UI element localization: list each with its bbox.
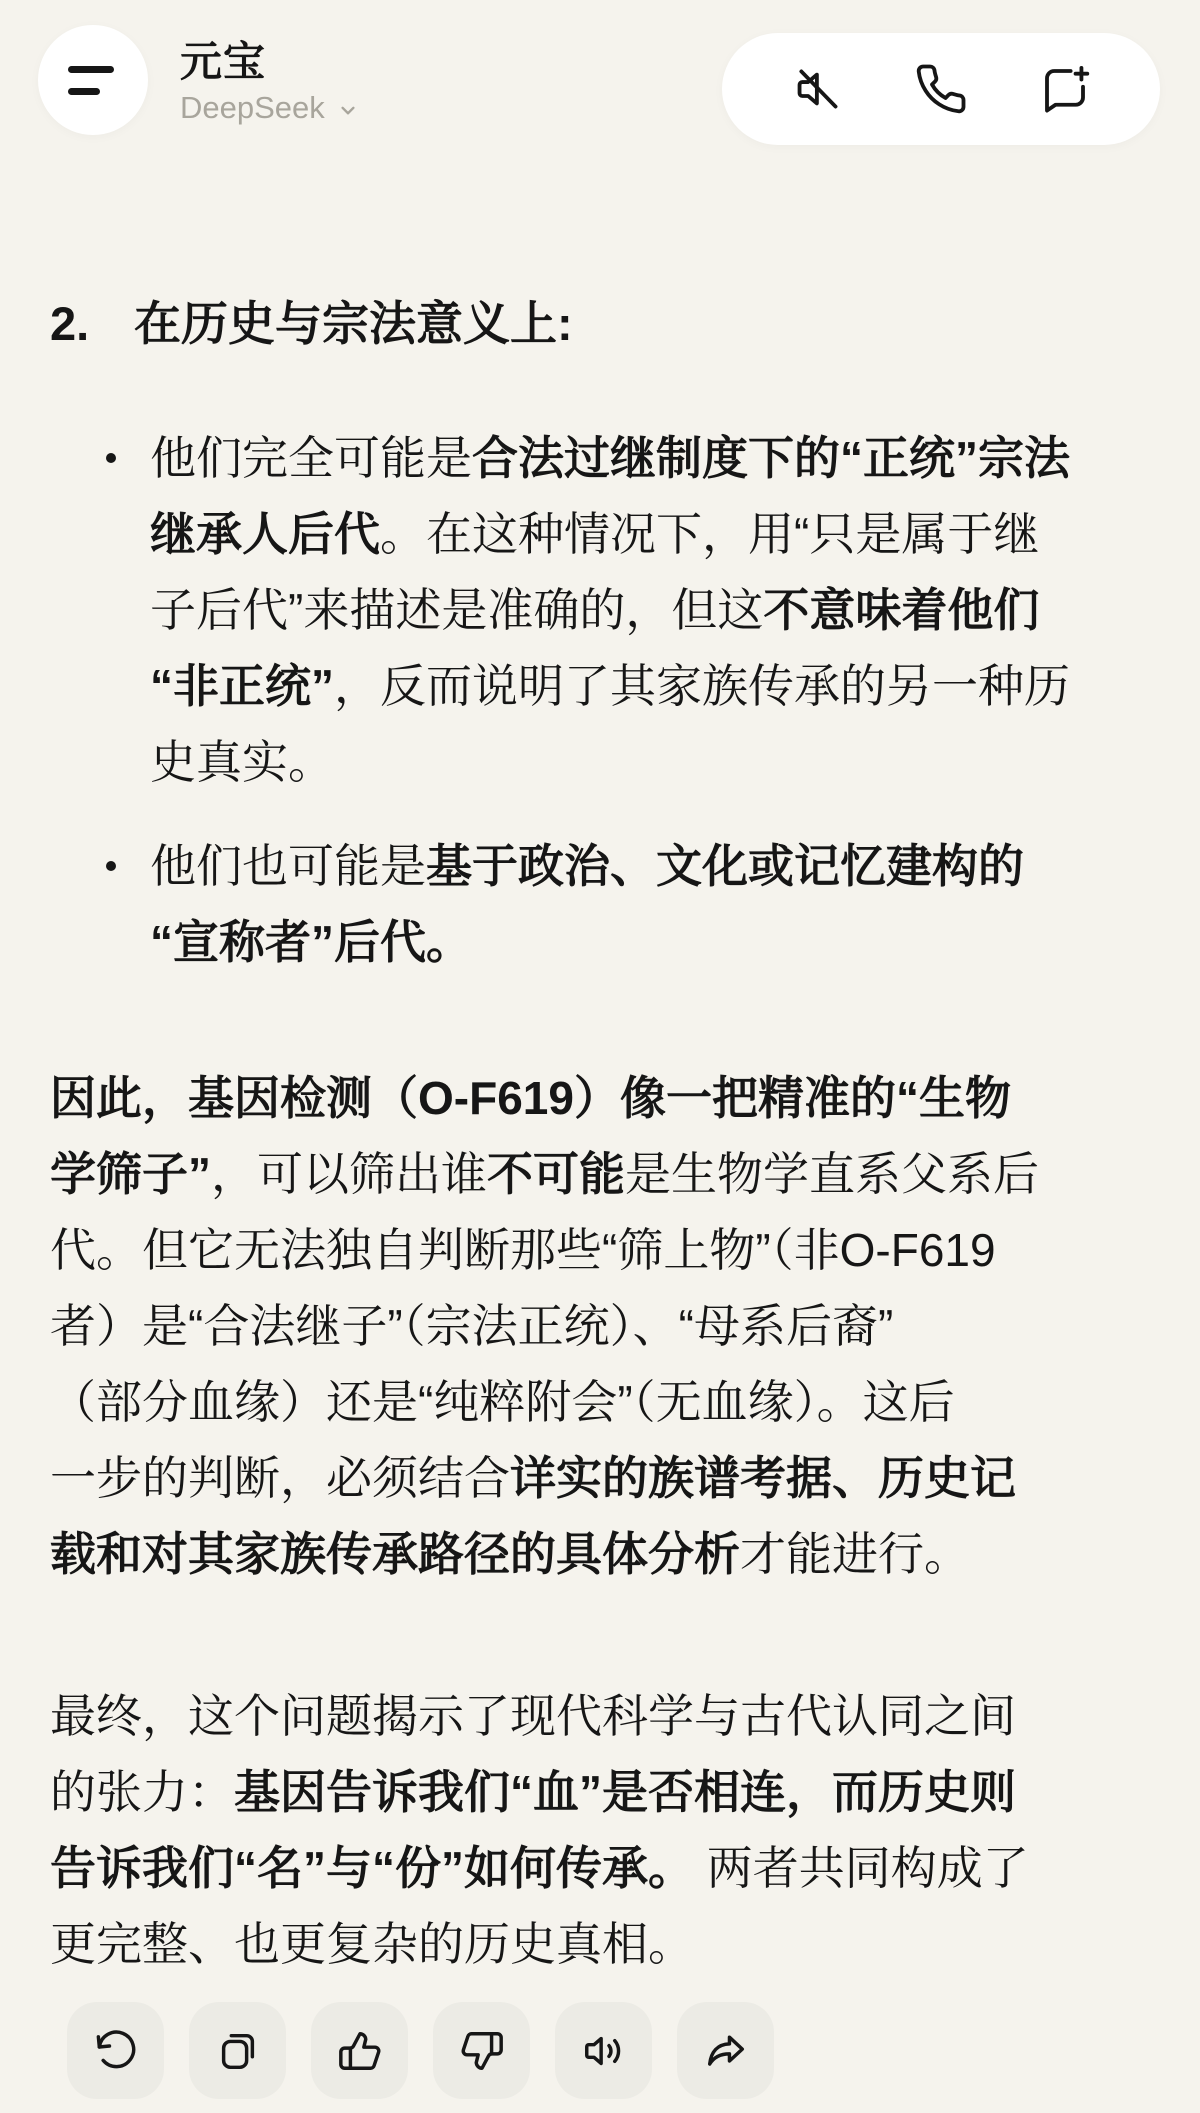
paragraph: 因此，基因检测（O-F619）像一把精准的“生物学筛子”，可以筛出谁不可能是生物… <box>50 1060 1150 1592</box>
bullet-text: 他们也可能是基于政治、文化或记忆建构的“宣称者”后代。 <box>150 828 1150 980</box>
call-toolbar <box>722 33 1160 145</box>
paragraph: 最终，这个问题揭示了现代科学与古代认同之间的张力：基因告诉我们“血”是否相连，而… <box>50 1678 1150 1982</box>
bullet-text: 他们完全可能是合法过继制度下的“正统”宗法继承人后代。在这种情况下，用“只是属于… <box>150 420 1150 800</box>
voice-call-button[interactable] <box>913 61 969 117</box>
app-title: 元宝 <box>180 39 361 85</box>
heading-number: 2. <box>50 286 134 362</box>
copy-button[interactable] <box>189 2002 286 2099</box>
assistant-message: 2. 在历史与宗法意义上: 他们完全可能是合法过继制度下的“正统”宗法继承人后代… <box>0 286 1200 2099</box>
bullet-item: 他们完全可能是合法过继制度下的“正统”宗法继承人后代。在这种情况下，用“只是属于… <box>50 420 1150 800</box>
section-heading: 2. 在历史与宗法意义上: <box>50 286 1150 362</box>
share-button[interactable] <box>677 2002 774 2099</box>
phone-icon <box>914 62 968 116</box>
header: 元宝 DeepSeek <box>0 0 1200 140</box>
read-aloud-button[interactable] <box>555 2002 652 2099</box>
heading-text: 在历史与宗法意义上: <box>134 286 573 362</box>
bullet-dot <box>106 453 116 463</box>
thumbs-down-icon <box>459 2028 505 2074</box>
regenerate-button[interactable] <box>67 2002 164 2099</box>
copy-icon <box>215 2028 261 2074</box>
model-name: DeepSeek <box>180 91 325 125</box>
thumbs-up-icon <box>337 2028 383 2074</box>
voice-mute-button[interactable] <box>790 61 846 117</box>
menu-icon <box>68 66 142 95</box>
new-chat-icon <box>1038 62 1092 116</box>
message-action-bar <box>67 2002 1150 2099</box>
bullet-dot <box>106 861 116 871</box>
share-icon <box>703 2028 749 2074</box>
bullet-item: 他们也可能是基于政治、文化或记忆建构的“宣称者”后代。 <box>50 828 1150 980</box>
speaker-icon <box>581 2028 627 2074</box>
title-block: 元宝 DeepSeek <box>180 25 361 125</box>
thumbs-up-button[interactable] <box>311 2002 408 2099</box>
model-selector[interactable]: DeepSeek <box>180 91 361 125</box>
new-chat-button[interactable] <box>1037 61 1093 117</box>
thumbs-down-button[interactable] <box>433 2002 530 2099</box>
bullet-list: 他们完全可能是合法过继制度下的“正统”宗法继承人后代。在这种情况下，用“只是属于… <box>50 420 1150 980</box>
menu-button[interactable] <box>38 25 148 135</box>
header-left: 元宝 DeepSeek <box>38 25 361 135</box>
voice-mute-icon <box>791 62 845 116</box>
chevron-down-icon <box>335 97 361 123</box>
regenerate-icon <box>93 2028 139 2074</box>
